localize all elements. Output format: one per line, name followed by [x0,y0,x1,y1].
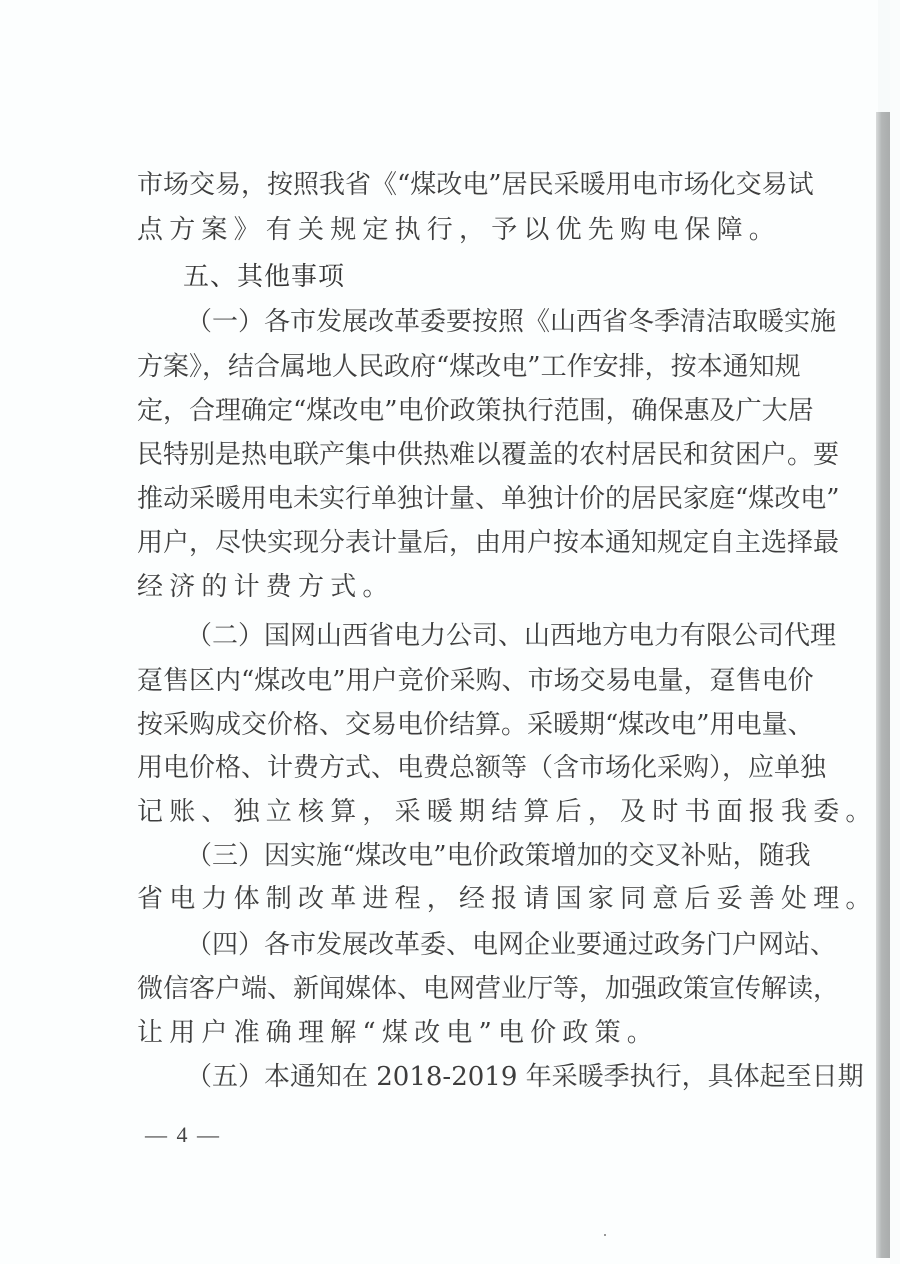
paragraph-line: 按采购成交价格、交易电价结算。采暖期“煤改电”用电量、 [137,710,797,740]
section-heading: 五、其他事项 [183,262,345,292]
paragraph-line: 点方案》有关规定执行，予以优先购电保障。 [137,215,797,245]
paragraph-line: （四）各市发展改革委、电网企业要通过政务门户网站、 [186,930,797,960]
paragraph-line: 让用户准确理解“煤改电”电价政策。 [137,1018,797,1048]
paragraph-line: 用电价格、计费方式、电费总额等（含市场化采购），应单独 [137,753,797,783]
paragraph-line: 经济的计费方式。 [137,572,797,602]
paragraph-line: （三）因实施“煤改电”电价政策增加的交叉补贴，随我 [186,841,797,871]
paragraph-line: 记账、独立核算，采暖期结算后，及时书面报我委。 [137,797,797,827]
paragraph-line: 趸售区内“煤改电”用户竞价采购、市场交易电量，趸售电价 [137,666,797,696]
paragraph-line: 定，合理确定“煤改电”电价政策执行范围，确保惠及广大居 [137,396,797,426]
paragraph-line: （一）各市发展改革委要按照《山西省冬季清洁取暖实施 [186,307,797,337]
paragraph-line: 用户，尽快实现分表计量后，由用户按本通知规定自主选择最 [137,528,797,558]
scan-margin [890,0,900,1264]
paragraph-line: （五）本通知在 2018-2019 年采暖季执行，具体起至日期 [186,1062,797,1092]
paragraph-line: 微信客户端、新闻媒体、电网营业厅等，加强政策宣传解读， [137,974,797,1004]
paragraph-line: 民特别是热电联产集中供热难以覆盖的农村居民和贫困户。要 [137,440,797,470]
paragraph-line: 推动采暖用电未实行单独计量、单独计价的居民家庭“煤改电” [137,484,797,514]
scan-speck [604,1234,606,1236]
paragraph-line: 省电力体制改革进程，经报请国家同意后妥善处理。 [137,884,797,914]
paragraph-line: 市场交易，按照我省《“煤改电”居民采暖用电市场化交易试 [137,170,797,200]
page-edge-shadow [876,112,890,1258]
page-number: — 4 — [145,1122,221,1148]
paragraph-line: （二）国网山西省电力公司、山西地方电力有限公司代理 [186,621,797,651]
paragraph-line: 方案》，结合属地人民政府“煤改电”工作安排，按本通知规 [137,352,797,382]
